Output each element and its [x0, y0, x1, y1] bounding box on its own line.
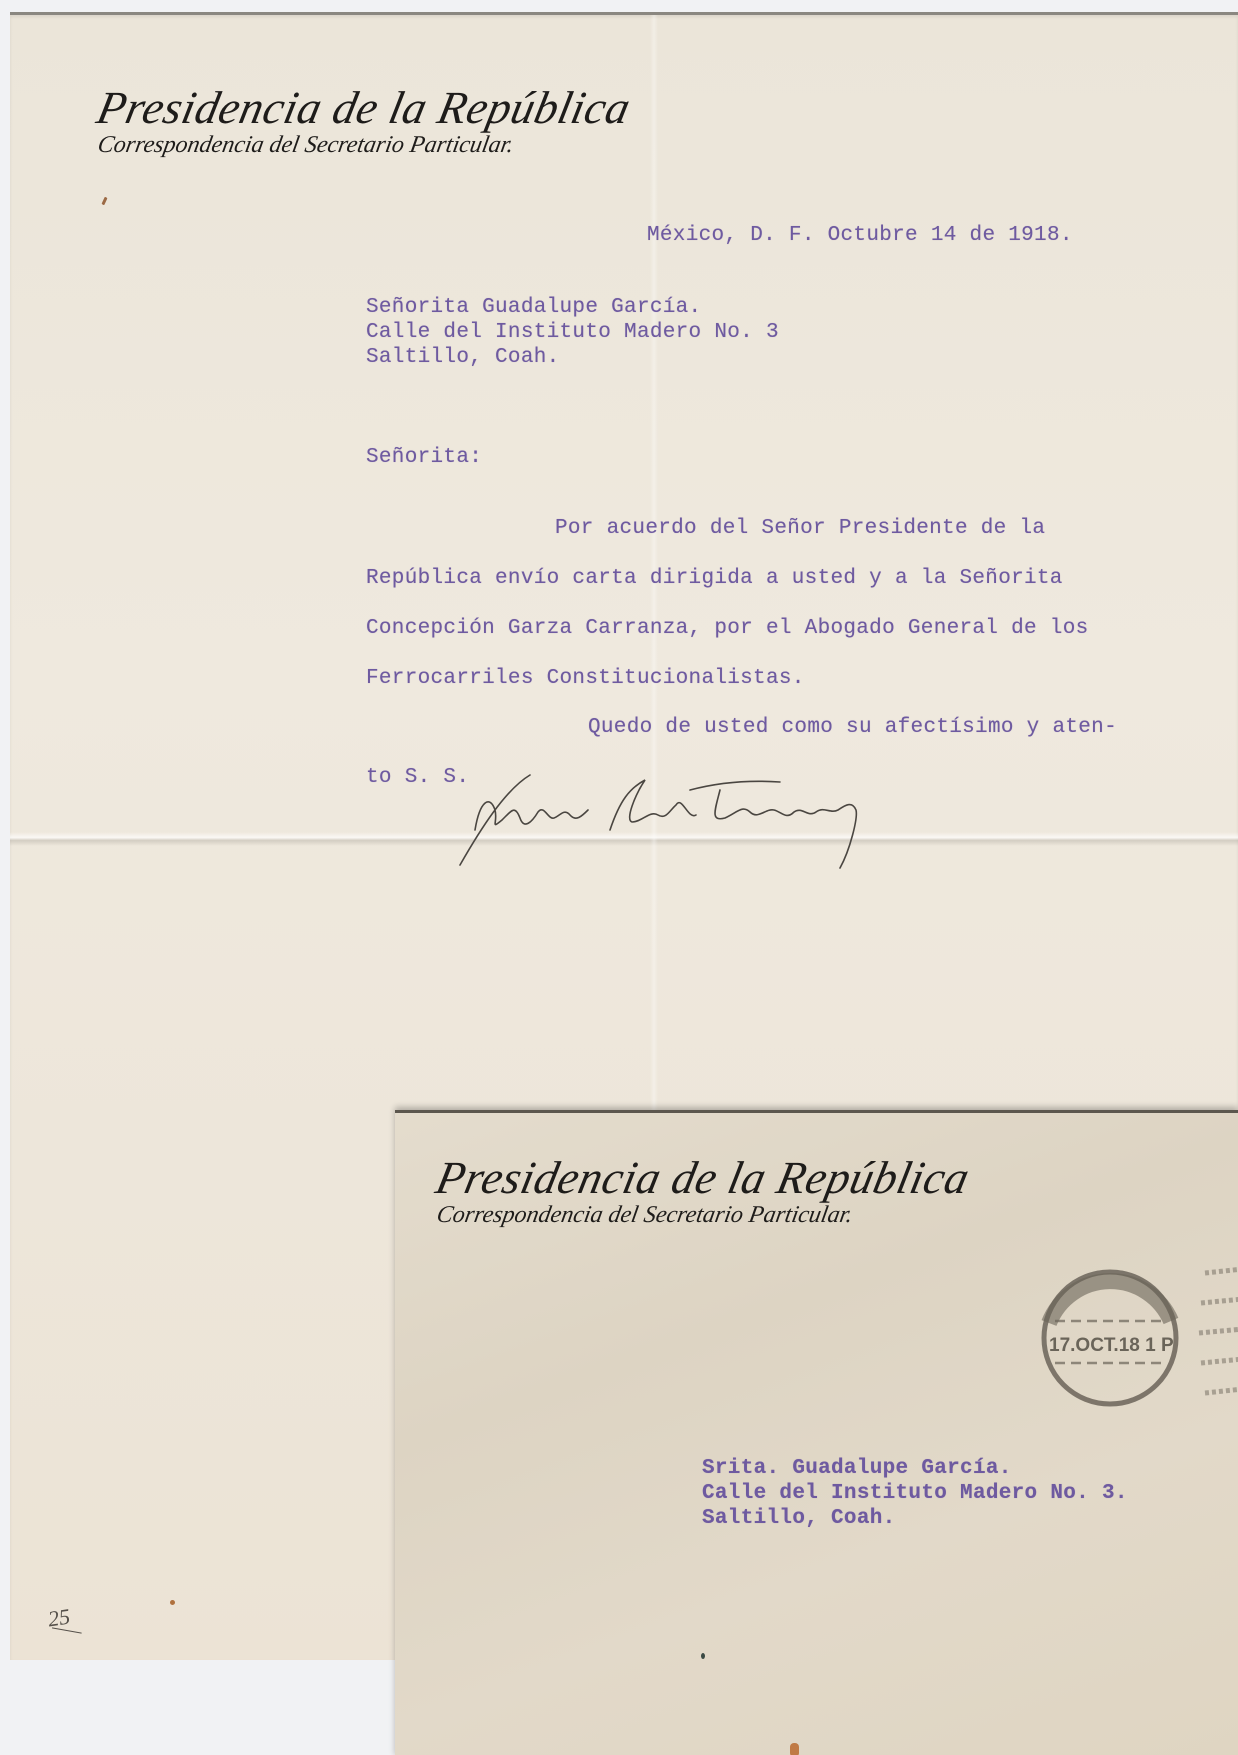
postmark-text: 17.OCT.18 1 P	[1049, 1335, 1174, 1356]
envelope-letterhead: Presidencia de la República Corresponden…	[437, 1155, 969, 1227]
postmark-icon: 17.OCT.18 1 P	[1035, 1263, 1185, 1413]
recipient-street: Calle del Instituto Madero No. 3	[366, 322, 779, 343]
envelope-speck	[701, 1653, 705, 1659]
recipient-city: Saltillo, Coah.	[366, 347, 560, 368]
envelope: Presidencia de la República Corresponden…	[395, 1110, 1238, 1755]
paper-speck	[170, 1600, 175, 1605]
body-line-4: Ferrocarriles Constitucionalistas.	[366, 668, 805, 689]
envelope-letterhead-title: Presidencia de la República	[432, 1155, 973, 1201]
body-line-2: República envío carta dirigida a usted y…	[366, 568, 1063, 589]
envelope-letterhead-subtitle: Correspondencia del Secretario Particula…	[435, 1203, 971, 1227]
paper-speck	[101, 197, 107, 206]
envelope-address-street: Calle del Instituto Madero No. 3.	[702, 1483, 1128, 1504]
envelope-address-city: Saltillo, Coah.	[702, 1508, 896, 1529]
date-line: México, D. F. Octubre 14 de 1918.	[647, 225, 1073, 246]
envelope-speck	[790, 1743, 799, 1755]
body-line-1: Por acuerdo del Señor Presidente de la	[555, 518, 1045, 539]
recipient-name: Señorita Guadalupe García.	[366, 297, 701, 318]
letterhead: Presidencia de la República Corresponden…	[98, 85, 630, 157]
closing-line-1: Quedo de usted como su afectísimo y aten…	[588, 717, 1117, 738]
page-number: 25	[46, 1604, 71, 1633]
salutation: Señorita:	[366, 447, 482, 468]
letterhead-title: Presidencia de la República	[93, 85, 634, 131]
envelope-address-name: Srita. Guadalupe García.	[702, 1458, 1012, 1479]
body-line-3: Concepción Garza Carranza, por el Abogad…	[366, 618, 1089, 639]
letterhead-subtitle: Correspondencia del Secretario Particula…	[96, 133, 632, 157]
cancellation-lines-icon	[1195, 1263, 1238, 1423]
signature-icon	[420, 760, 1100, 870]
